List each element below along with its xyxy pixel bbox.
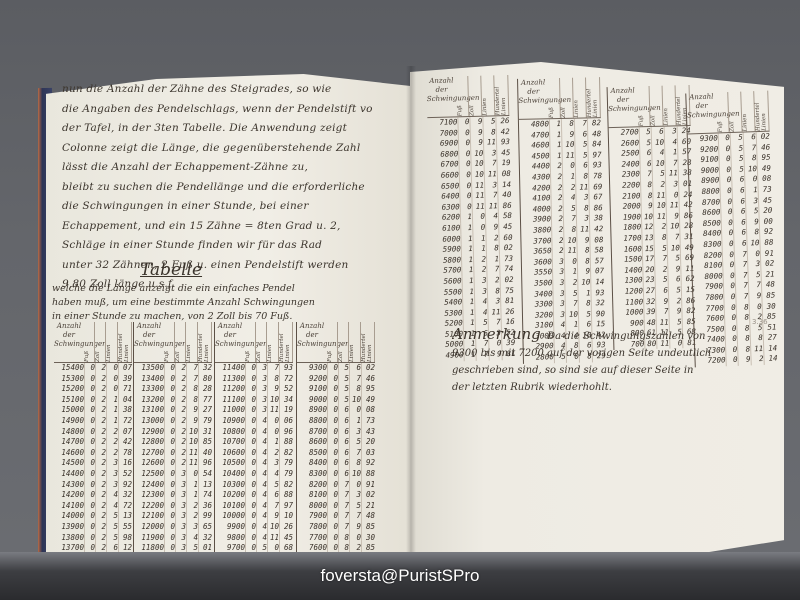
length-cell: 9: [666, 211, 679, 222]
length-cell: 0: [724, 313, 736, 324]
length-cell: 0: [724, 302, 736, 313]
table-row: 800007521: [297, 501, 375, 512]
table-row: 9900041026: [215, 522, 293, 533]
length-cell: 0: [472, 223, 485, 234]
length-cell: 3: [552, 267, 564, 278]
swing-count-cell: 8700: [297, 427, 327, 438]
length-cell: 11: [576, 224, 589, 235]
length-cell: 0: [349, 405, 361, 416]
table-row: 1480002207: [54, 427, 132, 438]
swing-count-cell: 2400: [609, 159, 639, 170]
length-cell: 0: [459, 170, 471, 181]
prose-line: bleibt zu suchen die Pendellänge und die…: [62, 178, 372, 198]
swing-count-cell: 10200: [215, 490, 245, 501]
length-cell: 20: [642, 265, 654, 276]
length-cell: 21: [361, 501, 375, 512]
length-cell: 1: [462, 308, 474, 319]
length-cell: 2: [175, 427, 186, 438]
length-cell: 45: [496, 148, 510, 159]
column-header-unit: Fuß: [456, 76, 469, 116]
swing-count-cell: 10700: [215, 437, 245, 448]
length-cell: 4: [256, 437, 267, 448]
swing-count-cell: 14900: [54, 416, 84, 427]
length-cell: 3: [664, 126, 677, 137]
swing-count-cell: 13500: [134, 363, 164, 374]
table-row: 1390002555: [54, 522, 132, 533]
length-cell: 11: [483, 138, 496, 149]
length-cell: 10: [470, 148, 483, 159]
length-cell: 7: [338, 522, 349, 533]
length-cell: 11: [564, 246, 577, 257]
length-cell: 2: [106, 448, 118, 459]
length-cell: 2: [551, 235, 563, 246]
column-header-unit: Fuß: [84, 322, 95, 362]
length-cell: 3: [267, 458, 279, 469]
swing-count-cell: 10500: [215, 458, 245, 469]
length-cell: 2: [95, 511, 106, 522]
length-cell: 3: [745, 196, 758, 207]
length-cell: 9: [641, 201, 653, 212]
length-cell: 00: [759, 216, 773, 227]
length-cell: 7: [735, 281, 748, 292]
length-cell: 2: [95, 522, 106, 533]
column-header-unit: Hundertel Linien: [198, 322, 212, 362]
swing-count-cell: 6700: [428, 160, 458, 171]
swing-count-cell: 5800: [431, 255, 461, 266]
swing-count-cell: 9000: [297, 395, 327, 406]
column-header-unit: Fuß: [548, 78, 561, 118]
length-cell: 39: [643, 307, 655, 318]
length-cell: 7: [654, 254, 667, 265]
swing-count-cell: 9800: [215, 533, 245, 544]
length-cell: 0: [164, 437, 175, 448]
swing-count-cell: 5500: [432, 287, 462, 298]
length-cell: 6: [743, 132, 756, 143]
length-cell: 23: [643, 275, 655, 286]
length-cell: 4: [651, 148, 664, 159]
length-cell: 0: [327, 395, 338, 406]
column-header-count: Anzahl der Schwingungen: [215, 322, 245, 362]
length-cell: 91: [361, 480, 375, 491]
table-row: 1330002828: [134, 384, 212, 395]
length-cell: 0: [245, 395, 256, 406]
length-cell: 0: [721, 218, 733, 229]
length-cell: 42: [589, 224, 603, 235]
column-header-unit: Linien: [573, 77, 587, 117]
length-cell: 3: [175, 490, 186, 501]
table-block-header: Anzahl der SchwingungenFußZollLinienHund…: [215, 322, 293, 363]
swing-count-cell: 4300: [520, 172, 550, 183]
column-header-unit: Linien: [481, 75, 495, 115]
length-cell: 4: [256, 511, 267, 522]
length-cell: 3: [186, 522, 198, 533]
length-cell: 12: [641, 222, 653, 233]
length-cell: 4: [256, 490, 267, 501]
column-header-count: Anzahl der Schwingungen: [686, 92, 717, 133]
swing-count-cell: 8100: [297, 490, 327, 501]
length-cell: 6: [338, 469, 349, 480]
length-cell: 9: [485, 222, 498, 233]
length-cell: 45: [498, 222, 512, 233]
table-row: 790007748: [297, 511, 375, 522]
length-cell: 5: [639, 127, 651, 138]
length-cell: 2: [175, 395, 186, 406]
length-cell: 3: [552, 257, 564, 268]
length-cell: 0: [245, 469, 256, 480]
length-cell: 5: [654, 243, 667, 254]
length-cell: 4: [106, 501, 118, 512]
length-cell: 08: [589, 235, 603, 246]
length-cell: 4: [256, 469, 267, 480]
length-cell: 0: [327, 448, 338, 459]
table-row: 1420002432: [54, 490, 132, 501]
table-row: 1010004797: [215, 501, 293, 512]
length-cell: 2: [551, 214, 563, 225]
length-cell: 9: [469, 117, 482, 128]
length-cell: 0: [84, 363, 95, 374]
length-cell: 0: [349, 480, 361, 491]
swing-count-cell: 5600: [432, 276, 462, 287]
length-cell: 57: [590, 256, 604, 267]
length-cell: 9: [748, 291, 761, 302]
swing-count-cell: 7700: [297, 533, 327, 544]
length-cell: 5: [747, 270, 760, 281]
length-cell: 4: [256, 501, 267, 512]
swing-count-cell: 1000: [613, 307, 643, 318]
length-cell: 5: [564, 288, 577, 299]
swing-count-cell: 7100: [427, 117, 457, 128]
length-cell: 8: [743, 153, 756, 164]
length-cell: 0: [721, 239, 733, 250]
length-cell: 7: [267, 363, 279, 374]
length-cell: 5: [655, 275, 668, 286]
length-cell: 4: [474, 297, 487, 308]
length-cell: 13: [118, 511, 132, 522]
length-cell: 0: [245, 533, 256, 544]
length-cell: 8: [349, 458, 361, 469]
swing-count-cell: 2000: [611, 201, 641, 212]
swing-count-cell: 3650: [522, 246, 552, 257]
length-cell: 0: [720, 207, 732, 218]
table-row: 1050004379: [215, 458, 293, 469]
length-cell: 11: [575, 182, 588, 193]
swing-count-cell: 8000: [297, 501, 327, 512]
length-cell: 8: [736, 313, 749, 324]
length-cell: 48: [587, 129, 601, 140]
length-cell: 6: [732, 196, 745, 207]
length-cell: 2: [186, 501, 198, 512]
length-cell: 6: [267, 490, 279, 501]
length-cell: 74: [499, 264, 513, 275]
table-block-header: Anzahl der SchwingungenFußZollLinienHund…: [518, 77, 601, 120]
length-cell: 7: [338, 480, 349, 491]
length-cell: 8: [561, 119, 574, 130]
length-cell: 5: [667, 253, 680, 264]
length-cell: 82: [587, 118, 601, 129]
length-cell: 04: [118, 395, 132, 406]
length-cell: 0: [459, 181, 471, 192]
length-cell: 0: [458, 159, 470, 170]
swing-count-cell: 10900: [215, 416, 245, 427]
length-cell: 8: [186, 384, 198, 395]
swing-count-cell: 12700: [134, 448, 164, 459]
length-cell: 8: [563, 225, 576, 236]
table-row: 12800021085: [134, 437, 212, 448]
length-cell: 11: [267, 405, 279, 416]
length-cell: 93: [588, 161, 602, 172]
column-header-unit: Hundertel Linien: [754, 91, 769, 131]
length-cell: 5: [563, 203, 576, 214]
length-cell: 0: [720, 186, 732, 197]
length-cell: 1: [461, 265, 473, 276]
swing-count-cell: 3800: [521, 225, 551, 236]
length-cell: 6: [731, 175, 744, 186]
table-row: 880006173: [297, 416, 375, 427]
length-cell: 78: [588, 171, 602, 182]
length-cell: 8: [578, 299, 591, 310]
length-cell: 38: [118, 405, 132, 416]
length-cell: 2: [175, 363, 186, 374]
length-cell: 0: [106, 363, 118, 374]
length-cell: 93: [279, 363, 293, 374]
length-cell: 2: [562, 182, 575, 193]
table-row: 12700021140: [134, 448, 212, 459]
length-cell: 11: [665, 169, 678, 180]
column-header-unit: Hundertel Linien: [586, 77, 601, 117]
swing-count-cell: 2200: [610, 180, 640, 191]
swing-count-cell: 3300: [523, 299, 553, 310]
column-header-unit: Hundertel Linien: [494, 75, 509, 115]
length-cell: 6: [338, 427, 349, 438]
table-row: 920005746: [297, 374, 375, 385]
length-cell: 0: [84, 501, 95, 512]
length-cell: 2: [95, 363, 106, 374]
length-cell: 1: [549, 140, 561, 151]
length-cell: 86: [589, 203, 603, 214]
length-cell: 1: [267, 437, 279, 448]
length-cell: 0: [164, 427, 175, 438]
length-cell: 5: [730, 133, 743, 144]
length-cell: 0: [84, 448, 95, 459]
length-cell: 0: [327, 469, 338, 480]
length-cell: 2: [485, 233, 498, 244]
length-cell: 8: [483, 127, 496, 138]
swing-count-cell: 14000: [54, 511, 84, 522]
length-cell: 6: [349, 363, 361, 374]
length-cell: 3: [552, 278, 564, 289]
length-cell: 26: [279, 522, 293, 533]
length-cell: 73: [499, 254, 513, 265]
length-cell: 10: [470, 159, 483, 170]
length-cell: 6: [651, 127, 664, 138]
length-cell: 82: [279, 448, 293, 459]
length-cell: 5: [267, 480, 279, 491]
length-cell: 4: [256, 480, 267, 491]
length-cell: 3: [106, 458, 118, 469]
swing-count-cell: 7900: [297, 511, 327, 522]
length-cell: 3: [665, 179, 678, 190]
length-cell: 0: [458, 138, 470, 149]
length-cell: 2: [550, 172, 562, 183]
length-cell: 88: [279, 490, 293, 501]
length-cell: 32: [591, 298, 605, 309]
length-cell: 0: [245, 448, 256, 459]
length-cell: 8: [640, 180, 652, 191]
length-cell: 0: [722, 249, 734, 260]
swing-count-cell: 14800: [54, 427, 84, 438]
length-cell: 0: [327, 405, 338, 416]
length-cell: 32: [643, 296, 655, 307]
length-cell: 45: [279, 533, 293, 544]
length-cell: 2: [95, 458, 106, 469]
length-cell: 1: [472, 233, 485, 244]
length-cell: 1: [564, 267, 577, 278]
length-cell: 69: [588, 182, 602, 193]
length-cell: 58: [498, 211, 512, 222]
table-row: 1220003236: [134, 501, 212, 512]
length-cell: 79: [198, 416, 212, 427]
length-cell: 11: [487, 307, 500, 318]
length-cell: 6: [733, 238, 746, 249]
length-cell: 6: [338, 448, 349, 459]
length-cell: 20: [361, 437, 375, 448]
length-cell: 13: [641, 233, 653, 244]
length-cell: 2: [186, 511, 198, 522]
length-cell: 0: [718, 154, 730, 165]
length-cell: 10: [186, 437, 198, 448]
swing-count-cell: 4000: [521, 204, 551, 215]
swing-count-cell: 12000: [134, 522, 164, 533]
length-cell: 7: [483, 159, 496, 170]
table-row: 9800041145: [215, 533, 293, 544]
length-cell: 20: [758, 206, 772, 217]
length-cell: 8: [746, 227, 759, 238]
length-cell: 9: [470, 127, 483, 138]
length-cell: 2: [551, 225, 563, 236]
length-cell: 7: [666, 232, 679, 243]
length-cell: 85: [198, 437, 212, 448]
length-cell: 0: [84, 469, 95, 480]
length-cell: 1: [577, 288, 590, 299]
length-cell: 7: [349, 511, 361, 522]
length-cell: 0: [327, 522, 338, 533]
table-block-header: Anzahl der SchwingungenFußZollLinienHund…: [426, 75, 509, 118]
table-row: 1080004096: [215, 427, 293, 438]
length-cell: 02: [760, 259, 774, 270]
length-cell: 0: [458, 149, 470, 160]
swing-count-cell: 10400: [215, 469, 245, 480]
length-cell: 9: [655, 296, 668, 307]
annotation-note: Anmerkung Da die Schwingungszahlen von 9…: [452, 326, 772, 396]
length-cell: 0: [245, 490, 256, 501]
length-cell: 7: [748, 280, 761, 291]
column-header-count: Anzahl der Schwingungen: [518, 78, 549, 119]
length-cell: 2: [95, 374, 106, 385]
length-cell: 11: [652, 190, 665, 201]
swing-count-cell: 14300: [54, 480, 84, 491]
length-cell: 72: [118, 416, 132, 427]
length-cell: 27: [198, 405, 212, 416]
length-cell: 0: [186, 469, 198, 480]
length-cell: 0: [164, 533, 175, 544]
length-cell: 11: [485, 201, 498, 212]
length-cell: 1: [550, 151, 562, 162]
prose-line: Echappement, und ein 15 Zähne = 8ten Gra…: [62, 217, 372, 237]
length-cell: 6: [338, 416, 349, 427]
length-cell: 4: [256, 448, 267, 459]
length-cell: 8: [640, 191, 652, 202]
column-header-unit: Zoll: [468, 76, 482, 116]
swing-count-cell: 8900: [297, 405, 327, 416]
length-cell: 3: [106, 480, 118, 491]
length-cell: 0: [164, 405, 175, 416]
length-cell: 30: [762, 301, 776, 312]
length-cell: 11: [484, 169, 497, 180]
length-cell: 4: [485, 212, 498, 223]
length-cell: 2: [564, 278, 577, 289]
swing-count-cell: 10600: [215, 448, 245, 459]
table-block-header: Anzahl der SchwingungenFußZollLinienHund…: [686, 91, 769, 135]
swing-count-cell: 6600: [429, 170, 459, 181]
length-cell: 7: [734, 270, 747, 281]
length-cell: 42: [118, 437, 132, 448]
column-header-unit: Linien: [267, 322, 279, 362]
length-cell: 14: [590, 277, 604, 288]
table-row: 890006008: [297, 405, 375, 416]
length-cell: 2: [654, 264, 667, 275]
length-cell: 0: [84, 374, 95, 385]
length-cell: 95: [756, 153, 770, 164]
length-cell: 0: [721, 228, 733, 239]
swing-count-cell: 14400: [54, 469, 84, 480]
table-block-header: Anzahl der SchwingungenFußZollLinienHund…: [297, 322, 375, 363]
length-cell: 6: [655, 286, 668, 297]
length-cell: 4: [562, 193, 575, 204]
column-header-unit: Hundertel Linien: [279, 322, 293, 362]
table-row: 12600021196: [134, 458, 212, 469]
swing-count-cell: 14200: [54, 490, 84, 501]
swing-count-cell: 12200: [134, 501, 164, 512]
length-cell: 2: [652, 180, 665, 191]
length-cell: 3: [484, 180, 497, 191]
length-cell: 90: [591, 309, 605, 320]
length-cell: 08: [497, 169, 511, 180]
length-cell: 2: [95, 490, 106, 501]
length-cell: 88: [759, 237, 773, 248]
length-cell: 0: [84, 533, 95, 544]
swing-count-cell: 1100: [613, 297, 643, 308]
length-cell: 0: [267, 416, 279, 427]
length-cell: 2: [473, 265, 486, 276]
length-cell: 58: [590, 245, 604, 256]
caption-line: welche die Länge anzeigt die ein einfach…: [52, 282, 382, 296]
length-cell: 8: [576, 203, 589, 214]
length-cell: 4: [186, 533, 198, 544]
length-cell: 45: [758, 195, 772, 206]
table-row: 1130003872: [215, 374, 293, 385]
length-cell: 8: [349, 384, 361, 395]
table-row: 11100031034: [215, 395, 293, 406]
length-cell: 0: [719, 165, 731, 176]
swing-count-cell: 3600: [522, 257, 552, 268]
swing-count-cell: 15200: [54, 384, 84, 395]
length-cell: 0: [164, 384, 175, 395]
length-cell: 1: [186, 490, 198, 501]
swing-count-cell: 3550: [522, 268, 552, 279]
length-cell: 2: [95, 480, 106, 491]
length-cell: 34: [279, 395, 293, 406]
column-header-count: Anzahl der Schwingungen: [54, 322, 84, 362]
